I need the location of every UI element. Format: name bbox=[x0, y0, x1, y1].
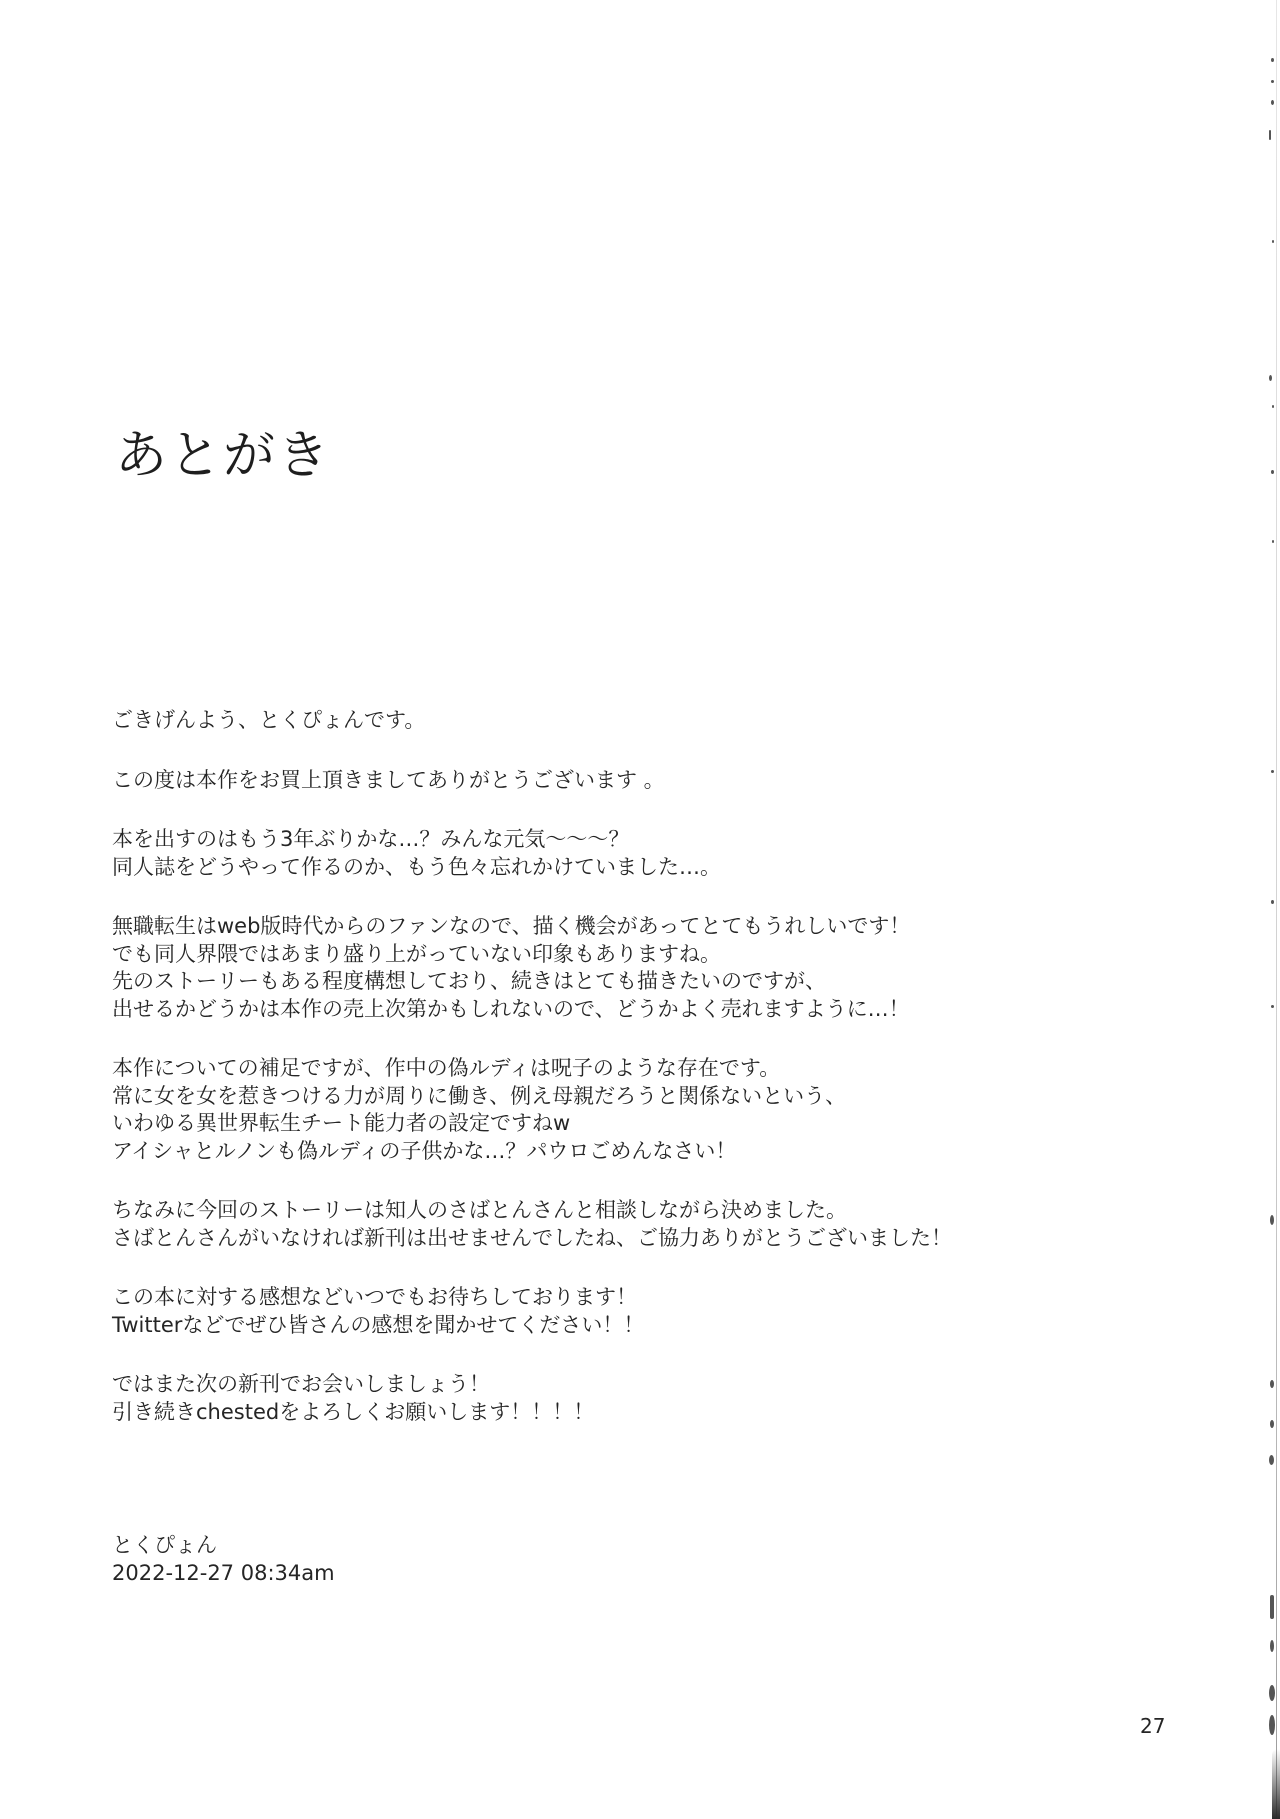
paragraph-feedback: この本に対する感想などいつでもお待ちしております！ Twitterなどでぜひ皆さ… bbox=[112, 1284, 1112, 1339]
paragraph-fandom: 無職転生はweb版時代からのファンなので、描く機会があってとてもうれしいです！ … bbox=[112, 913, 1112, 1023]
paragraph-thanks: この度は本作をお買上頂きましてありがとうございます 。 bbox=[112, 767, 1112, 795]
binding-line bbox=[1276, 0, 1277, 1819]
text-line: 引き続きchestedをよろしくお願いします！！！！ bbox=[112, 1399, 1112, 1427]
scan-speck bbox=[1270, 1215, 1274, 1225]
scan-speck bbox=[1269, 130, 1271, 140]
scan-speck bbox=[1270, 1595, 1274, 1619]
text-line: 本作についての補足ですが、作中の偽ルディは呪子のような存在です。 bbox=[112, 1055, 1112, 1083]
text-line: 本を出すのはもう3年ぶりかな…？みんな元気～～～？ bbox=[112, 826, 1112, 854]
paragraph-supplement: 本作についての補足ですが、作中の偽ルディは呪子のような存在です。 常に女を女を惹… bbox=[112, 1055, 1112, 1165]
afterword-body: ごきげんよう、とくぴょんです。 この度は本作をお買上頂きましてありがとうございま… bbox=[112, 707, 1112, 1458]
scan-speck bbox=[1269, 375, 1272, 381]
text-line: 先のストーリーもある程度構想しており、続きはとても描きたいのですが、 bbox=[112, 968, 1112, 996]
text-line: 常に女を女を惹きつける力が周りに働き、例え母親だろうと関係ないという、 bbox=[112, 1083, 1112, 1111]
paragraph-closing: ではまた次の新刊でお会いしましょう！ 引き続きchestedをよろしくお願いしま… bbox=[112, 1371, 1112, 1426]
page-title: あとがき bbox=[115, 424, 331, 488]
scan-speck bbox=[1270, 1640, 1274, 1652]
scan-speck bbox=[1271, 80, 1274, 83]
paragraph-return: 本を出すのはもう3年ぶりかな…？みんな元気～～～？ 同人誌をどうやって作るのか、… bbox=[112, 826, 1112, 881]
scan-speck bbox=[1272, 405, 1274, 408]
book-page: あとがき ごきげんよう、とくぴょんです。 この度は本作をお買上頂きましてありがと… bbox=[0, 0, 1280, 1819]
scan-speck bbox=[1271, 58, 1274, 62]
scan-speck bbox=[1271, 770, 1274, 773]
scan-speck bbox=[1272, 540, 1274, 543]
scan-speck bbox=[1271, 1005, 1274, 1008]
scan-speck bbox=[1271, 100, 1274, 105]
page-number: 27 bbox=[1140, 1714, 1165, 1738]
scan-speck bbox=[1271, 470, 1274, 474]
text-line: いわゆる異世界転生チート能力者の設定ですねw bbox=[112, 1110, 1112, 1138]
text-line: 出せるかどうかは本作の売上次第かもしれないので、どうかよく売れますように…！ bbox=[112, 996, 1112, 1024]
text-line: ごきげんよう、とくぴょんです。 bbox=[112, 707, 1112, 735]
scan-speck bbox=[1269, 1455, 1274, 1465]
scan-speck bbox=[1269, 1715, 1275, 1735]
signature-datetime: 2022-12-27 08:34am bbox=[112, 1559, 335, 1587]
paragraph-collaborator: ちなみに今回のストーリーは知人のさばとんさんと相談しながら決めました。 さばとん… bbox=[112, 1197, 1112, 1252]
scan-speck bbox=[1270, 1380, 1274, 1388]
text-line: 無職転生はweb版時代からのファンなので、描く機会があってとてもうれしいです！ bbox=[112, 913, 1112, 941]
text-line: さばとんさんがいなければ新刊は出せませんでしたね、ご協力ありがとうございました！ bbox=[112, 1225, 1112, 1253]
text-line: ではまた次の新刊でお会いしましょう！ bbox=[112, 1371, 1112, 1399]
text-line: Twitterなどでぜひ皆さんの感想を聞かせてください！！ bbox=[112, 1312, 1112, 1340]
text-line: でも同人界隈ではあまり盛り上がっていない印象もありますね。 bbox=[112, 941, 1112, 969]
text-line: ちなみに今回のストーリーは知人のさばとんさんと相談しながら決めました。 bbox=[112, 1197, 1112, 1225]
text-line: この本に対する感想などいつでもお待ちしております！ bbox=[112, 1284, 1112, 1312]
signature-block: とくぴょん 2022-12-27 08:34am bbox=[112, 1531, 335, 1587]
text-line: この度は本作をお買上頂きましてありがとうございます 。 bbox=[112, 767, 1112, 795]
scan-speck bbox=[1269, 1685, 1275, 1701]
text-line: アイシャとルノンも偽ルディの子供かな…？パウロごめんなさい！ bbox=[112, 1138, 1112, 1166]
binding-shadow bbox=[1272, 1749, 1280, 1819]
scan-speck bbox=[1270, 1420, 1274, 1428]
scan-speck bbox=[1272, 240, 1274, 243]
scan-speck bbox=[1271, 900, 1274, 904]
scan-binding-edge bbox=[1250, 0, 1280, 1819]
text-line: 同人誌をどうやって作るのか、もう色々忘れかけていました…。 bbox=[112, 854, 1112, 882]
author-name: とくぴょん bbox=[112, 1531, 335, 1559]
paragraph-greeting: ごきげんよう、とくぴょんです。 bbox=[112, 707, 1112, 735]
